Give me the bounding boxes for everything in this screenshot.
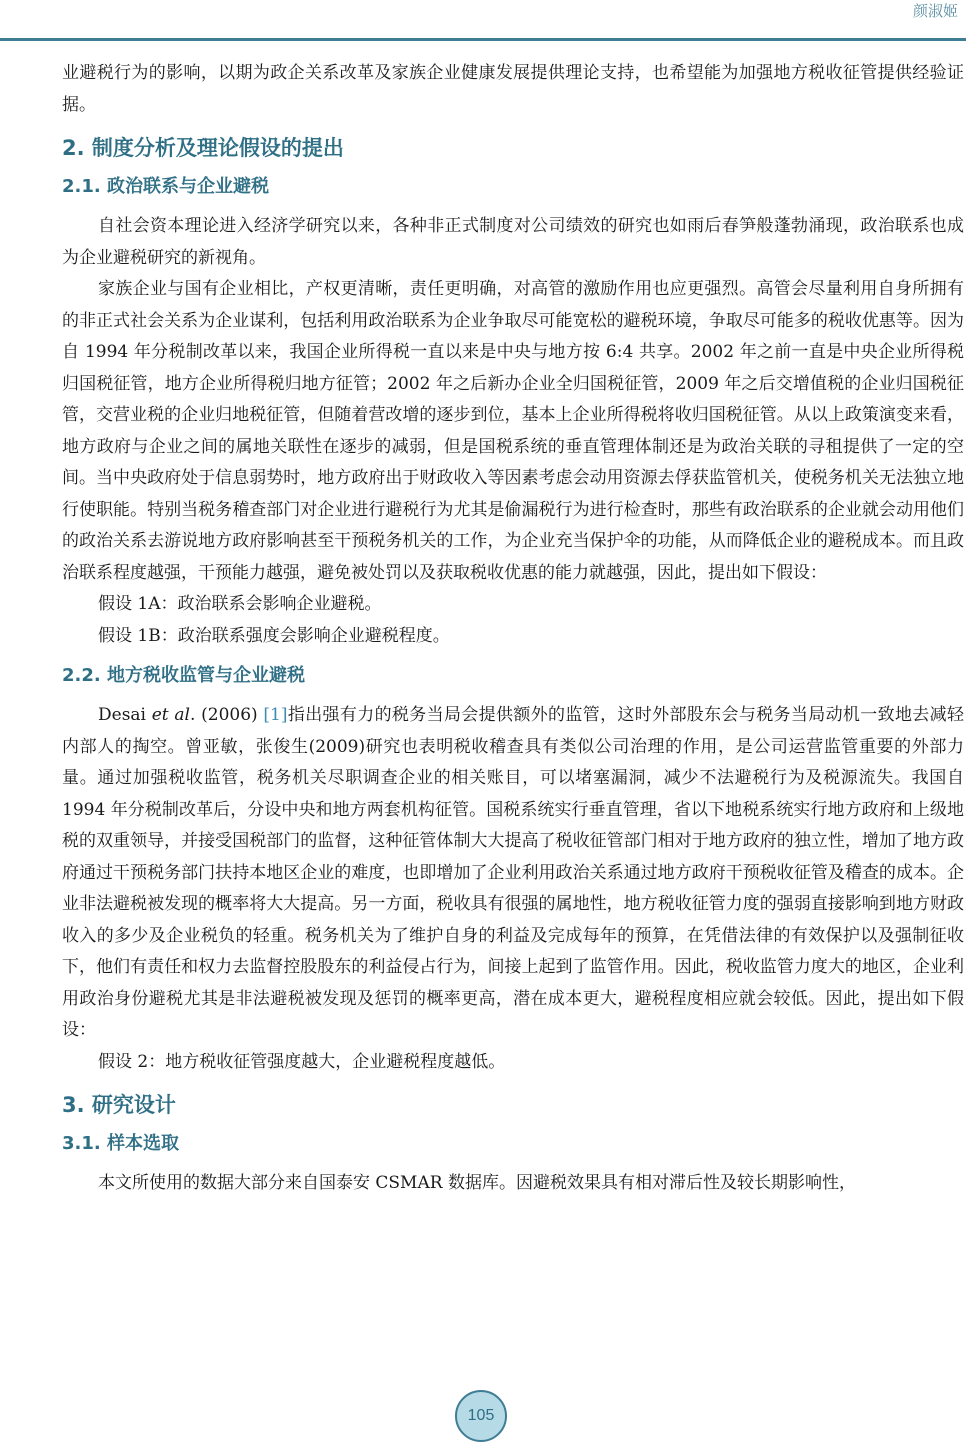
section-2-heading: 2. 制度分析及理论假设的提出 (62, 133, 964, 163)
page-body: 业避税行为的影响，以期为政企关系改革及家族企业健康发展提供理论支持，也希望能为加… (62, 58, 964, 1200)
paragraph-text: 指出强有力的税务当局会提供额外的监管，这时外部股东会与税务当局动机一致地去减轻内… (62, 705, 964, 1040)
et-al-text: et al (152, 705, 190, 725)
section-3-heading: 3. 研究设计 (62, 1090, 964, 1120)
page-number: 105 (468, 1407, 495, 1425)
hypothesis-1a: 假设 1A：政治联系会影响企业避税。 (62, 589, 964, 621)
hypothesis-2: 假设 2：地方税收征管强度越大，企业避税程度越低。 (62, 1047, 964, 1079)
paragraph: Desai et al. (2006) [1]指出强有力的税务当局会提供额外的监… (62, 700, 964, 1047)
citation-link[interactable]: [1] (263, 705, 287, 725)
intro-paragraph: 业避税行为的影响，以期为政企关系改革及家族企业健康发展提供理论支持，也希望能为加… (62, 58, 964, 121)
section-3-1-heading: 3.1. 样本选取 (62, 1130, 964, 1158)
paragraph: 家族企业与国有企业相比，产权更清晰，责任更明确，对高管的激励作用也应更强烈。高管… (62, 274, 964, 589)
running-header-author: 颜淑姬 (913, 0, 958, 21)
author-text: Desai (98, 705, 152, 725)
section-2-2-heading: 2.2. 地方税收监管与企业避税 (62, 662, 964, 690)
paragraph: 自社会资本理论进入经济学研究以来，各种非正式制度对公司绩效的研究也如雨后春笋般蓬… (62, 211, 964, 274)
page-number-badge: 105 (455, 1390, 507, 1442)
section-2-1-heading: 2.1. 政治联系与企业避税 (62, 173, 964, 201)
year-text: . (2006) (190, 705, 263, 725)
hypothesis-1b: 假设 1B：政治联系强度会影响企业避税程度。 (62, 621, 964, 653)
paragraph: 本文所使用的数据大部分来自国泰安 CSMAR 数据库。因避税效果具有相对滞后性及… (62, 1168, 964, 1200)
header-divider (0, 38, 966, 41)
